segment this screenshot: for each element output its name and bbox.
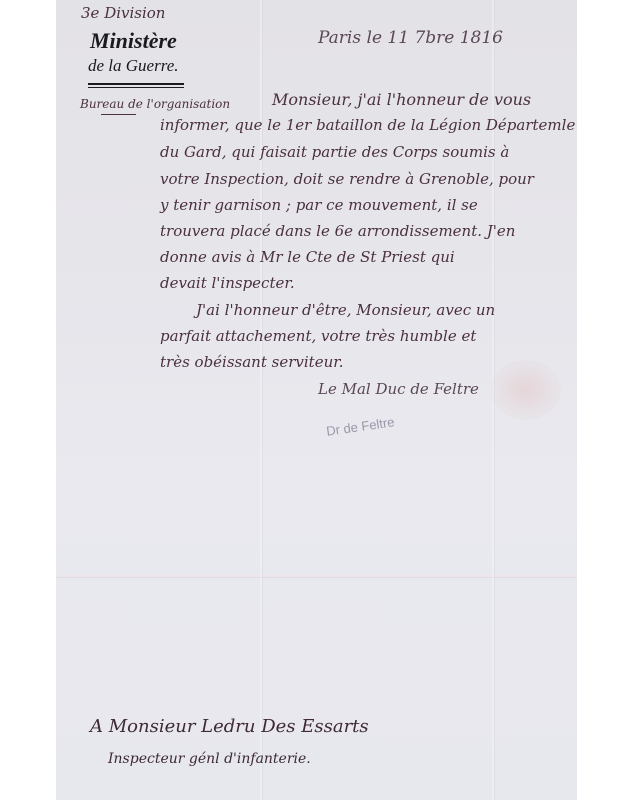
closing-line-3: très obéissant serviteur. (160, 355, 344, 370)
red-stain (491, 360, 561, 420)
body-line-1: Monsieur, j'ai l'honneur de vous (272, 92, 531, 108)
body-line-7: donne avis à Mr le Cte de St Priest qui (160, 250, 455, 265)
body-line-8: devait l'inspecter. (160, 276, 295, 291)
body-line-2: informer, que le 1er bataillon de la Lég… (160, 118, 575, 133)
bureau-label: Bureau de l'organisation (80, 98, 230, 110)
ministry-title: Ministère (90, 30, 177, 52)
body-line-4: votre Inspection, doit se rendre à Greno… (160, 172, 534, 187)
ministry-subtitle: de la Guerre. (88, 57, 179, 74)
letter-paper: 3e Division Ministère de la Guerre. Bure… (56, 0, 577, 800)
horizontal-fold (56, 575, 577, 577)
letterhead-rule-top (88, 83, 184, 85)
body-line-6: trouvera placé dans le 6e arrondissement… (160, 224, 515, 239)
body-line-5: y tenir garnison ; par ce mouvement, il … (160, 198, 478, 213)
address-line-2: Inspecteur génl d'infanterie. (108, 752, 311, 766)
letterhead-rule-bottom (88, 87, 184, 88)
dateline: Paris le 11 7bre 1816 (318, 30, 503, 47)
address-line-1: A Monsieur Ledru Des Essarts (90, 718, 369, 736)
body-line-3: du Gard, qui faisait partie des Corps so… (160, 145, 509, 160)
signature: Le Mal Duc de Feltre (318, 382, 479, 397)
division-label: 3e Division (81, 6, 165, 21)
closing-line-1: J'ai l'honneur d'être, Monsieur, avec un (196, 303, 495, 318)
bureau-underline (101, 114, 136, 115)
closing-line-2: parfait attachement, votre très humble e… (160, 329, 476, 344)
pencil-annotation: Dr de Feltre (325, 415, 395, 437)
